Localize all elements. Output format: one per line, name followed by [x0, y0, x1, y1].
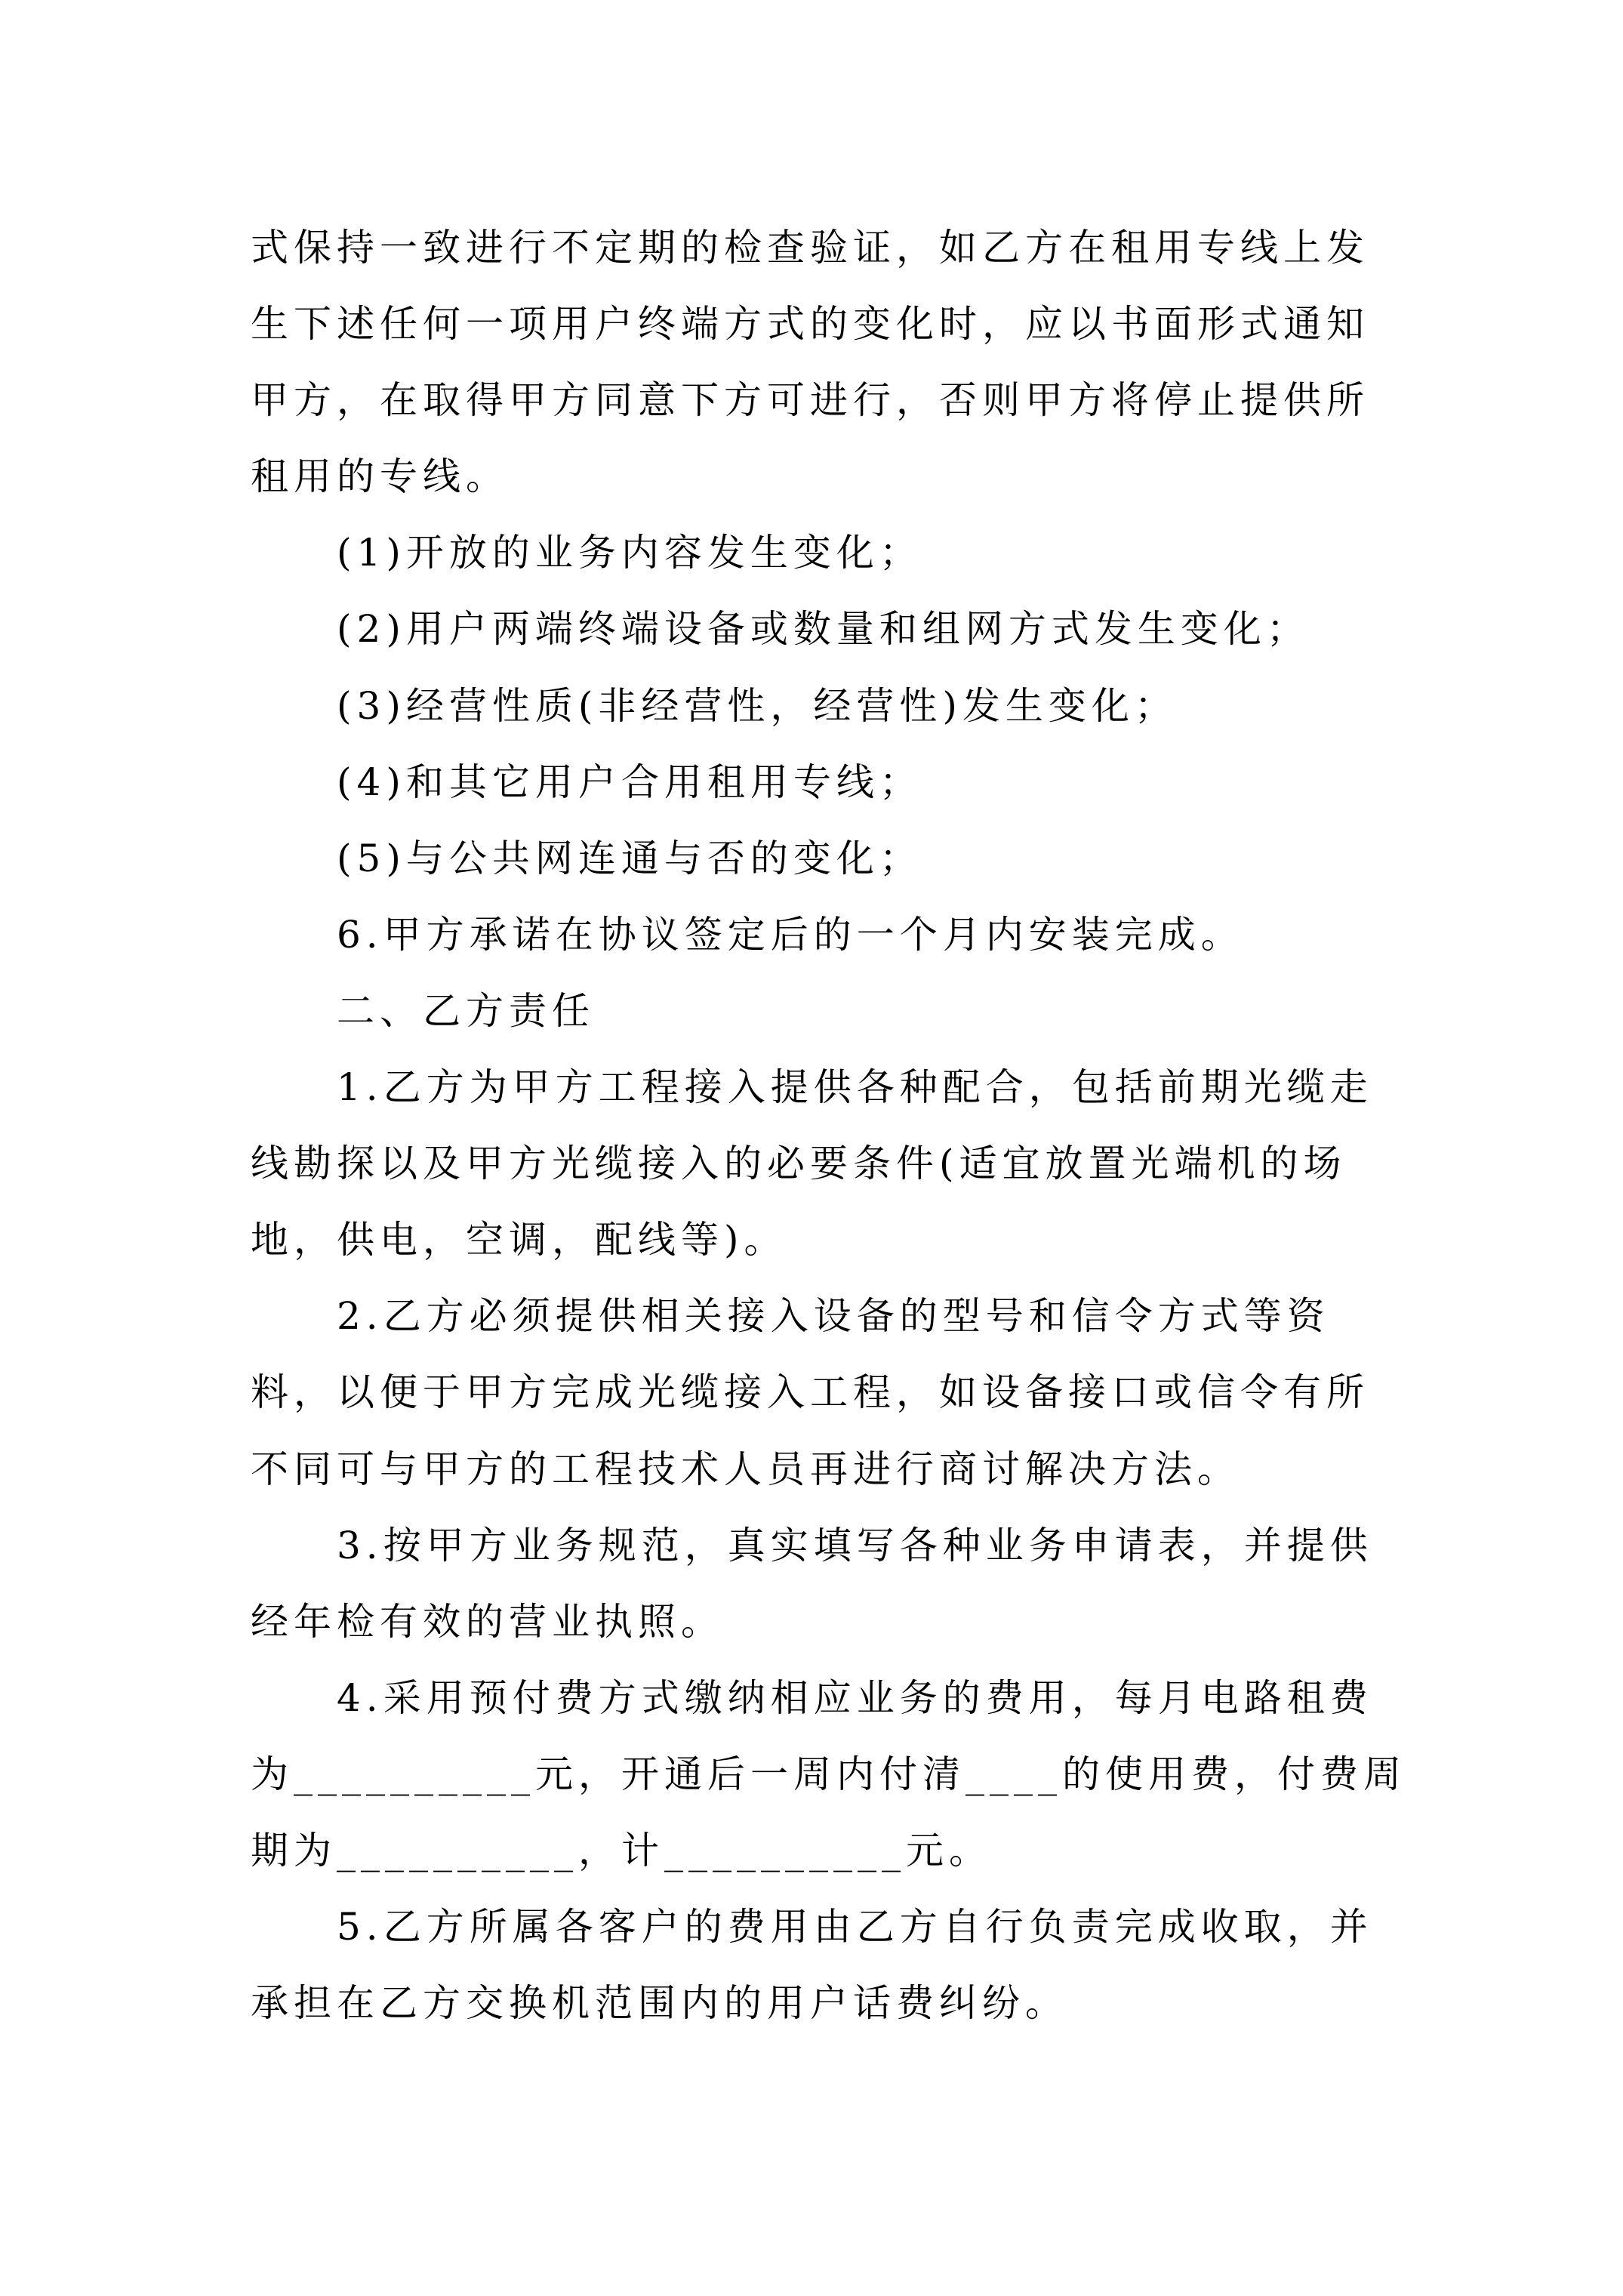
change-conditions-list: (1)开放的业务内容发生变化； (2)用户两端终端设备或数量和组网方式发生变化；…: [251, 515, 1383, 896]
paragraph-line: 不同可与甲方的工程技术人员再进行商讨解决方法。: [251, 1432, 1383, 1508]
party-b-item-3: 3.按甲方业务规范，真实填写各种业务申请表，并提供 经年检有效的营业执照。: [251, 1508, 1383, 1660]
paragraph-line: 2.乙方必须提供相关接入设备的型号和信令方式等资: [251, 1278, 1383, 1354]
party-b-item-1: 1.乙方为甲方工程接入提供各种配合，包括前期光缆走 线勘探以及甲方光缆接入的必要…: [251, 1049, 1383, 1278]
paragraph-line: 4.采用预付费方式缴纳相应业务的费用，每月电路租费: [251, 1660, 1383, 1737]
list-item: (2)用户两端终端设备或数量和组网方式发生变化；: [251, 591, 1383, 667]
paragraph-line: 5.乙方所属各客户的费用由乙方自行负责完成收取，并: [251, 1889, 1383, 1965]
continuation-paragraph: 式保持一致进行不定期的检查验证，如乙方在租用专线上发 生下述任何一项用户终端方式…: [251, 210, 1383, 515]
paragraph-line: 承担在乙方交换机范围内的用户话费纠纷。: [251, 1965, 1383, 2042]
list-item: (4)和其它用户合用租用专线；: [251, 744, 1383, 821]
list-item: (5)与公共网连通与否的变化；: [251, 821, 1383, 897]
list-item: (1)开放的业务内容发生变化；: [251, 515, 1383, 591]
party-b-item-5: 5.乙方所属各客户的费用由乙方自行负责完成收取，并 承担在乙方交换机范围内的用户…: [251, 1889, 1383, 2042]
paragraph-line: 生下述任何一项用户终端方式的变化时，应以书面形式通知: [251, 286, 1383, 362]
paragraph-line: 地，供电，空调，配线等)。: [251, 1202, 1383, 1278]
paragraph-line: 甲方，在取得甲方同意下方可进行，否则甲方将停止提供所: [251, 362, 1383, 439]
paragraph-line: 1.乙方为甲方工程接入提供各种配合，包括前期光缆走: [251, 1049, 1383, 1126]
party-b-item-4: 4.采用预付费方式缴纳相应业务的费用，每月电路租费 为__________元，开…: [251, 1660, 1383, 1889]
paragraph-line: 式保持一致进行不定期的检查验证，如乙方在租用专线上发: [251, 210, 1383, 286]
paragraph-line: 租用的专线。: [251, 439, 1383, 515]
party-b-item-2: 2.乙方必须提供相关接入设备的型号和信令方式等资 料，以便于甲方完成光缆接入工程…: [251, 1278, 1383, 1507]
fill-in-blank-line: 期为__________，计__________元。: [251, 1813, 1383, 1889]
list-item: (3)经营性质(非经营性，经营性)发生变化；: [251, 668, 1383, 744]
fill-in-blank-line: 为__________元，开通后一周内付清____的使用费，付费周: [251, 1737, 1383, 1813]
paragraph-line: 经年检有效的营业执照。: [251, 1584, 1383, 1660]
paragraph-line: 3.按甲方业务规范，真实填写各种业务申请表，并提供: [251, 1508, 1383, 1584]
paragraph-line: 料，以便于甲方完成光缆接入工程，如设备接口或信令有所: [251, 1354, 1383, 1431]
section-heading: 二、乙方责任: [251, 973, 1383, 1049]
party-a-item-6: 6.甲方承诺在协议签定后的一个月内安装完成。: [251, 897, 1383, 973]
paragraph-line: 线勘探以及甲方光缆接入的必要条件(适宜放置光端机的场: [251, 1126, 1383, 1202]
document-page: 式保持一致进行不定期的检查验证，如乙方在租用专线上发 生下述任何一项用户终端方式…: [251, 210, 1383, 2042]
